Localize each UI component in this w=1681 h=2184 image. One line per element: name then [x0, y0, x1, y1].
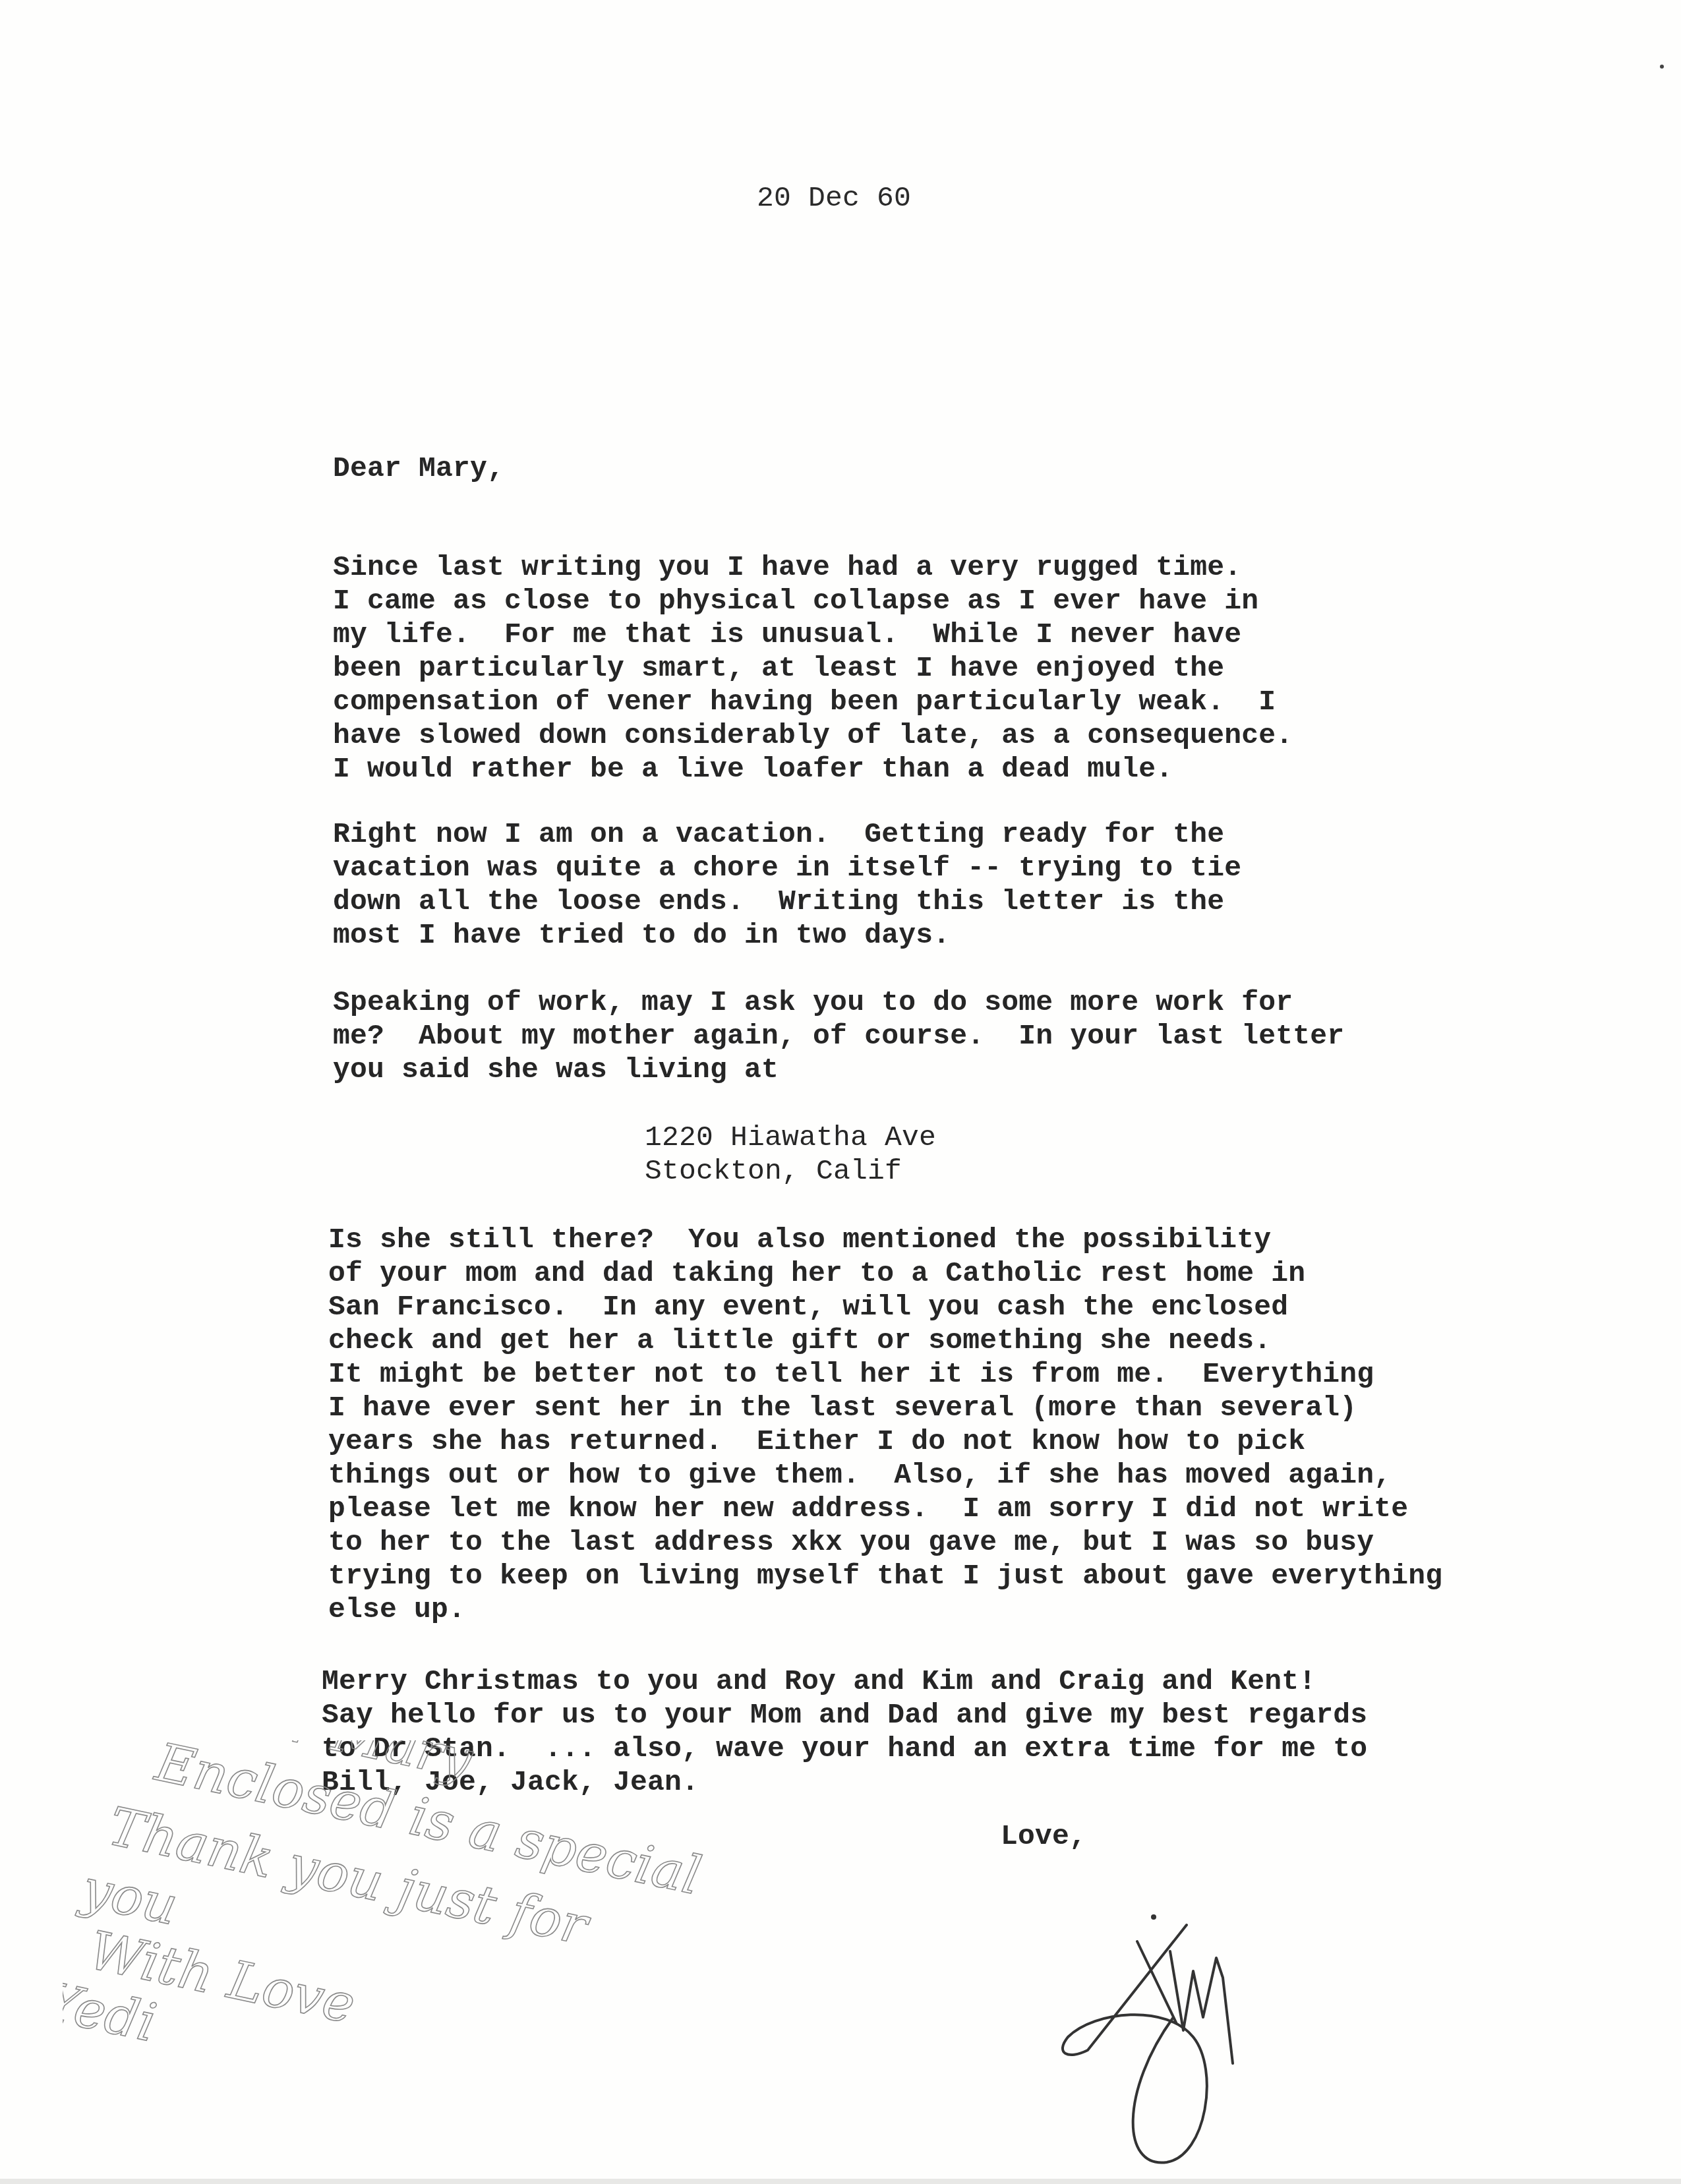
letter-date: 20 Dec 60 [757, 181, 911, 215]
mother-address: 1220 Hiawatha Ave Stockton, Calif [645, 1121, 936, 1188]
salutation: Dear Mary, [333, 452, 504, 485]
signature [1042, 1905, 1266, 2169]
paragraph-mother: Is she still there? You also mentioned t… [328, 1223, 1442, 1626]
closing: Love, [1001, 1819, 1086, 1853]
signature-scribble-icon [1042, 1905, 1266, 2169]
paragraph-vacation: Right now I am on a vacation. Getting re… [333, 817, 1241, 952]
letter-page: 20 Dec 60 Dear Mary, Since last writing … [0, 0, 1681, 2184]
scan-speck [1660, 65, 1664, 69]
scan-bottom-edge [0, 2179, 1681, 2184]
handwritten-note: Dear Mary Enclosed is a special Thank yo… [63, 1740, 722, 2169]
paragraph-health: Since last writing you I have had a very… [333, 550, 1293, 786]
paragraph-request: Speaking of work, may I ask you to do so… [333, 986, 1344, 1086]
